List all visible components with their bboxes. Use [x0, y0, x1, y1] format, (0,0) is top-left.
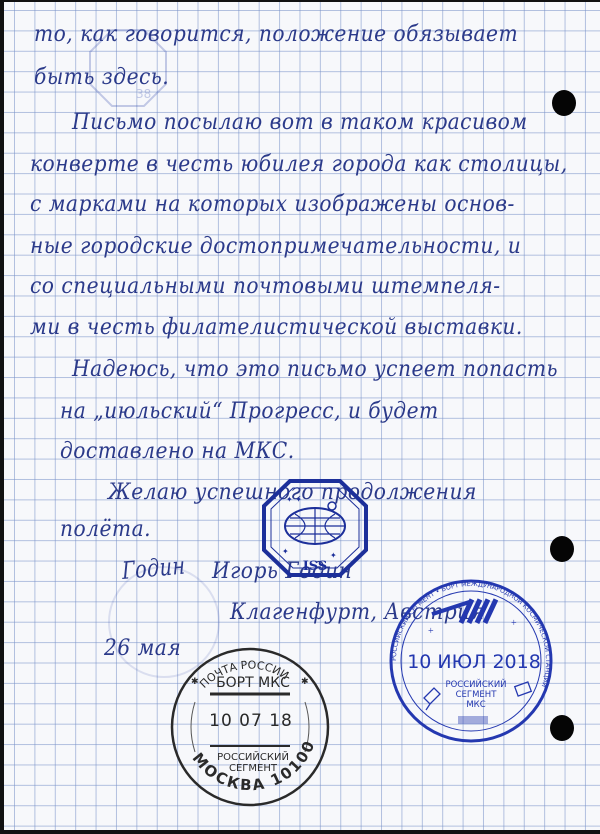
letter-line: полёта.	[60, 517, 151, 542]
svg-text:СЕГМЕНТ: СЕГМЕНТ	[229, 763, 278, 774]
moscow-postmark: ПОЧТА РОССИИ МОСКВА 101000 ✱ ✱ БОРТ МКС …	[165, 642, 335, 812]
svg-text:РОССИЙСКИЙ: РОССИЙСКИЙ	[217, 750, 289, 763]
letter-line: конверте в честь юбилея города как столи…	[30, 152, 568, 177]
iss-octagon-stamp: ✦ ✦ ✦ ✦ ISS	[260, 478, 370, 578]
letter-line: Письмо посылаю вот в таком красивом	[72, 110, 528, 135]
svg-text:БОРТ МКС: БОРТ МКС	[216, 675, 290, 691]
signature-scribble: Годин	[121, 552, 186, 585]
letter-line: быть здесь.	[34, 65, 169, 90]
russian-segment-stamp: РОССИЙСКИЙ СЕГМЕНТ • БОРТ МЕЖДУНАРОДНОЙ …	[386, 576, 556, 746]
letter-line: ные городские достопримечательности, и	[30, 234, 521, 259]
svg-text:✱: ✱	[191, 676, 199, 686]
svg-text:СЕГМЕНТ: СЕГМЕНТ	[456, 690, 498, 700]
svg-text:✦ ✦: ✦ ✦	[286, 495, 302, 504]
letter-page: 38 то, как говорится, положение обязывае…	[4, 2, 600, 830]
svg-text:10 ИЮЛ 2018: 10 ИЮЛ 2018	[407, 651, 541, 673]
punch-hole	[550, 715, 574, 741]
svg-text:РОССИЙСКИЙ: РОССИЙСКИЙ	[445, 678, 506, 690]
letter-line: на „июльский“ Прогресс, и будет	[60, 399, 439, 424]
letter-line: Надеюсь, что это письмо успеет попасть	[72, 357, 558, 382]
svg-text:✦: ✦	[282, 547, 289, 556]
letter-line: доставлено на МКС.	[60, 439, 295, 464]
svg-text:✱: ✱	[301, 676, 309, 686]
letter-line: ми в честь филателистической выставки.	[30, 315, 523, 340]
svg-text:10 07 18: 10 07 18	[209, 711, 293, 731]
svg-text:+: +	[428, 626, 434, 637]
svg-text:МКС: МКС	[466, 700, 485, 710]
svg-text:ISS: ISS	[303, 559, 328, 574]
punch-hole	[550, 536, 574, 562]
punch-hole	[552, 90, 576, 116]
letter-line: с марками на которых изображены основ-	[30, 192, 515, 217]
svg-text:+: +	[511, 618, 517, 629]
letter-line: то, как говорится, положение обязывает	[34, 22, 518, 47]
svg-text:✦: ✦	[330, 551, 337, 560]
letter-line: со специальными почтовыми штемпеля-	[30, 274, 501, 299]
